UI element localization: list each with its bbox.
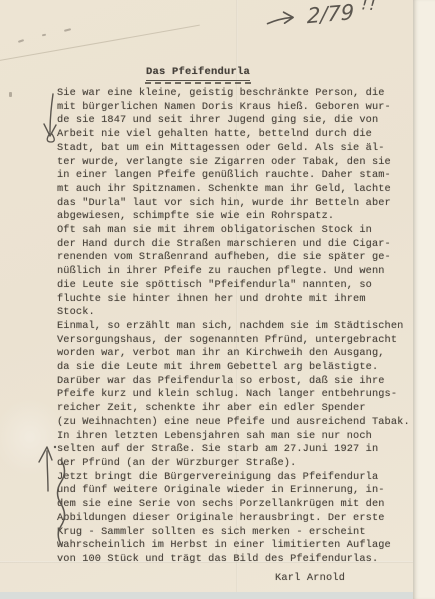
scanned-page: 2/79 !! Das Pfeifendurla Sie war eine kl…	[0, 0, 435, 599]
paper-crease-diagonal	[0, 25, 200, 63]
handwritten-exclamation: !!	[361, 0, 378, 15]
paper-smudge	[18, 39, 24, 43]
scan-background	[0, 592, 413, 599]
paper-smudge	[9, 92, 12, 97]
handwritten-note: 2/79 !!	[263, 0, 378, 33]
paper-sheet: 2/79 !! Das Pfeifendurla Sie war eine kl…	[0, 0, 413, 592]
document-body: Sie war eine kleine, geistig beschränkte…	[57, 87, 410, 567]
paper-smudge	[42, 34, 46, 37]
right-arrow-icon	[263, 4, 301, 33]
page-title: Das Pfeifendurla	[146, 66, 250, 81]
title-block: Das Pfeifendurla	[146, 61, 250, 81]
signature: Karl Arnold	[275, 572, 345, 584]
handwritten-number: 2/79	[307, 0, 354, 29]
wavy-line-annotation	[52, 458, 70, 550]
paper-smudge	[64, 28, 71, 31]
backing-sheet-edge	[413, 0, 435, 599]
